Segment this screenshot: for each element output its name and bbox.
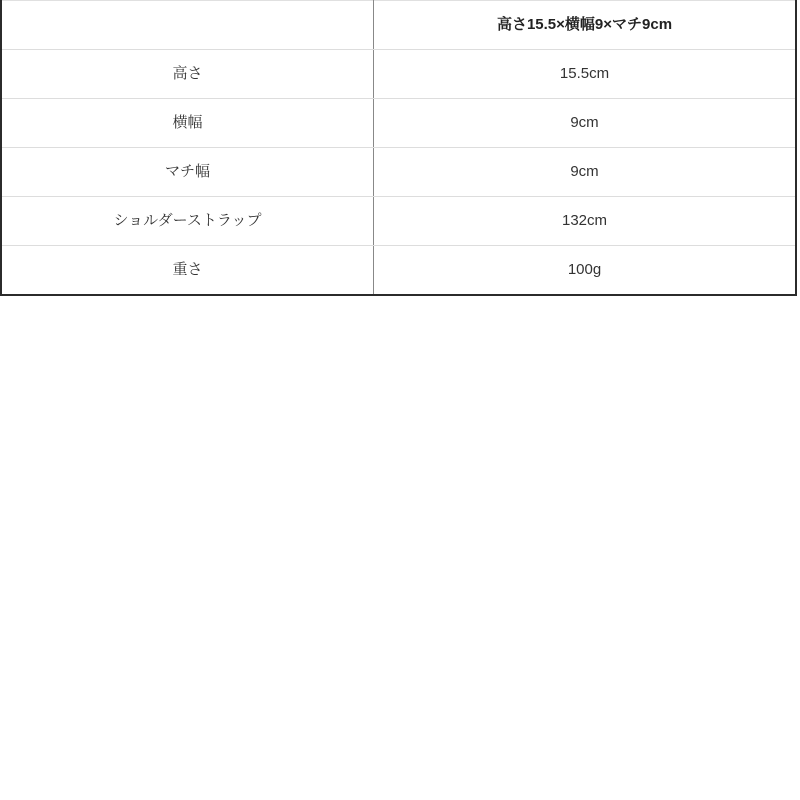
table-row-shoulder-strap: ショルダーストラップ 132cm bbox=[1, 197, 796, 246]
row-label-gusset: マチ幅 bbox=[1, 148, 374, 197]
row-label-width: 横幅 bbox=[1, 99, 374, 148]
table-row-width: 横幅 9cm bbox=[1, 99, 796, 148]
header-empty-cell bbox=[1, 1, 374, 50]
row-value-width: 9cm bbox=[374, 99, 797, 148]
row-label-weight: 重さ bbox=[1, 246, 374, 296]
size-spec-table-body: 高さ15.5×横幅9×マチ9cm 高さ 15.5cm 横幅 9cm マチ幅 9c… bbox=[1, 1, 796, 296]
table-header-row: 高さ15.5×横幅9×マチ9cm bbox=[1, 1, 796, 50]
header-size-summary: 高さ15.5×横幅9×マチ9cm bbox=[374, 1, 797, 50]
size-spec-table: 高さ15.5×横幅9×マチ9cm 高さ 15.5cm 横幅 9cm マチ幅 9c… bbox=[0, 0, 797, 296]
row-value-shoulder-strap: 132cm bbox=[374, 197, 797, 246]
row-value-gusset: 9cm bbox=[374, 148, 797, 197]
row-value-height: 15.5cm bbox=[374, 50, 797, 99]
table-row-gusset: マチ幅 9cm bbox=[1, 148, 796, 197]
table-row-height: 高さ 15.5cm bbox=[1, 50, 796, 99]
row-label-height: 高さ bbox=[1, 50, 374, 99]
row-label-shoulder-strap: ショルダーストラップ bbox=[1, 197, 374, 246]
row-value-weight: 100g bbox=[374, 246, 797, 296]
table-row-weight: 重さ 100g bbox=[1, 246, 796, 296]
